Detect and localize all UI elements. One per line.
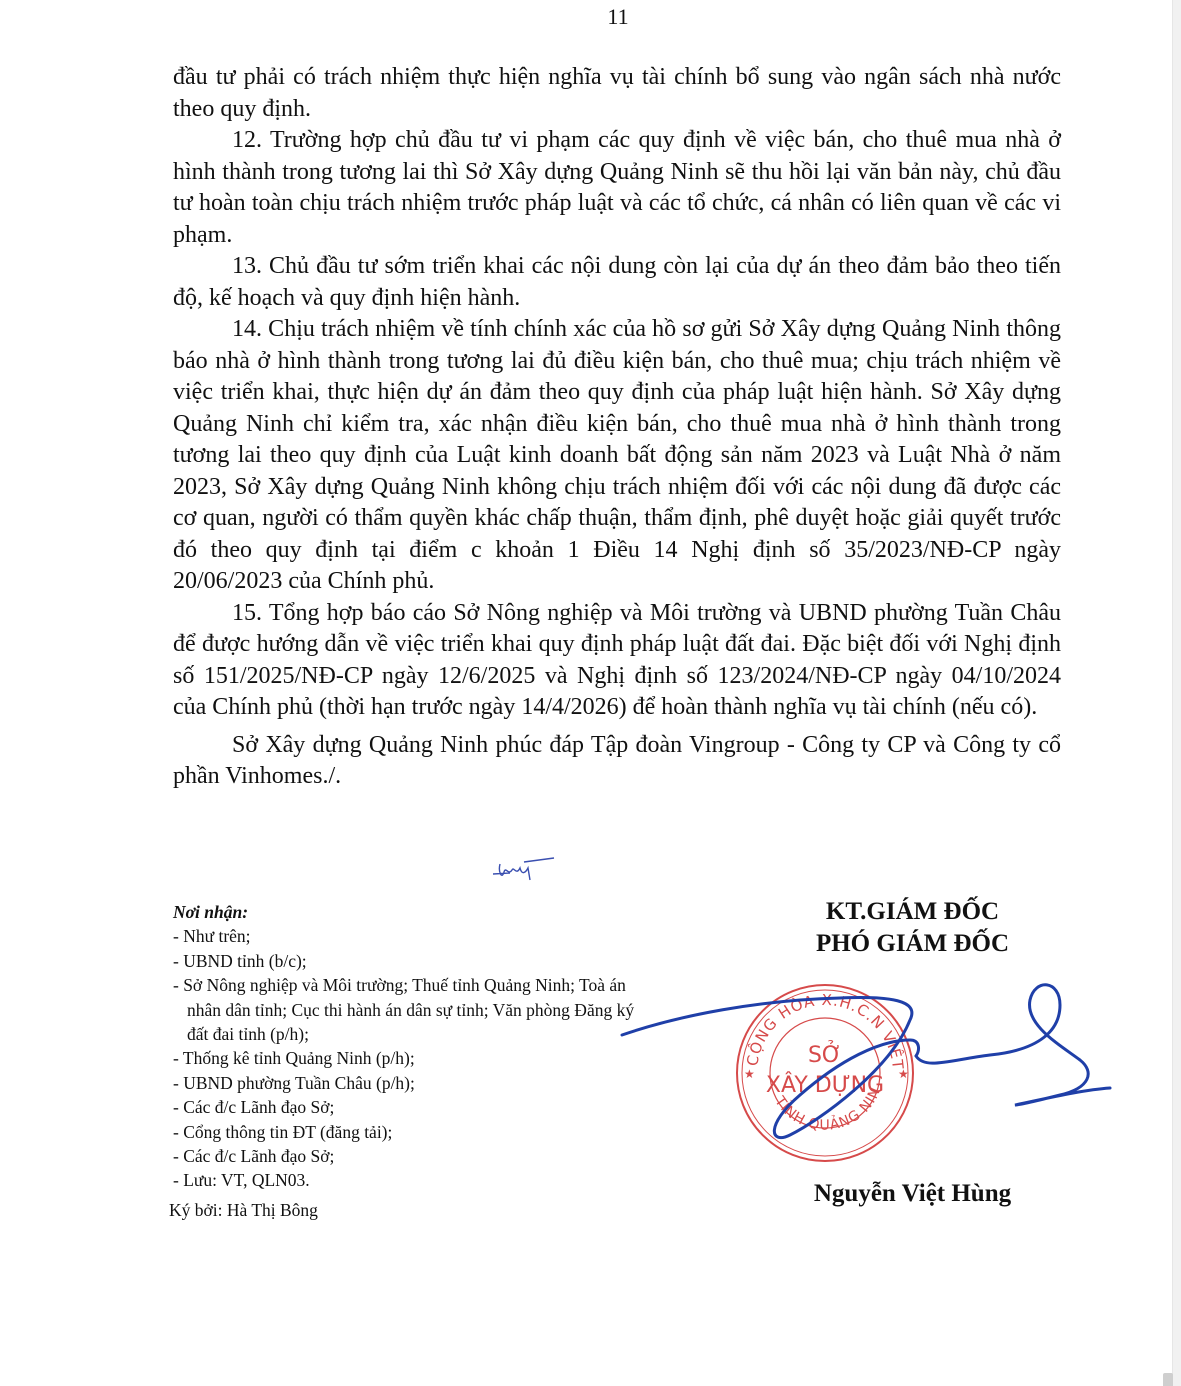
- page-number: 11: [0, 4, 1181, 30]
- paragraph-15: 15. Tổng hợp báo cáo Sở Nông nghiệp và M…: [173, 598, 1061, 724]
- official-stamp-and-signature-icon: CỘNG HÒA X.H.C.N VIỆT NAM TỈNH QUẢNG NIN…: [620, 960, 1120, 1180]
- signer-title-line1: KT.GIÁM ĐỐC: [745, 896, 1080, 928]
- paragraph-12: 12. Trường hợp chủ đầu tư vi phạm các qu…: [173, 125, 1061, 251]
- recipient-item: - Lưu: VT, QLN03.: [173, 1168, 653, 1192]
- closing-paragraph: Sở Xây dựng Quảng Ninh phúc đáp Tập đoàn…: [173, 730, 1061, 793]
- recipient-item: - Các đ/c Lãnh đạo Sở;: [173, 1095, 653, 1119]
- initials-paraph-icon: [488, 846, 558, 884]
- signer-title: KT.GIÁM ĐỐC PHÓ GIÁM ĐỐC: [745, 896, 1080, 960]
- svg-text:★: ★: [744, 1067, 755, 1081]
- signer-name: Nguyễn Việt Hùng: [745, 1180, 1080, 1208]
- recipient-item: - Sở Nông nghiệp và Môi trường; Thuế tỉn…: [173, 973, 653, 1046]
- recipient-item: - UBND phường Tuần Châu (p/h);: [173, 1071, 653, 1095]
- paragraph-14: 14. Chịu trách nhiệm về tính chính xác c…: [173, 314, 1061, 598]
- svg-text:★: ★: [898, 1067, 909, 1081]
- stamp-center-line1: SỞ: [808, 1040, 842, 1068]
- recipient-item: - Thống kê tỉnh Quảng Ninh (p/h);: [173, 1046, 653, 1070]
- scrollbar-thumb[interactable]: [1163, 1373, 1173, 1386]
- recipient-item: - Như trên;: [173, 924, 653, 948]
- recipient-item: - Các đ/c Lãnh đạo Sở;: [173, 1144, 653, 1168]
- recipients-block: Nơi nhận: - Như trên; - UBND tỉnh (b/c);…: [173, 900, 653, 1222]
- stamp-outer-text: CỘNG HÒA X.H.C.N VIỆT NAM: [620, 960, 907, 1071]
- recipient-item: - UBND tỉnh (b/c);: [173, 949, 653, 973]
- signed-by-note: Ký bởi: Hà Thị Bông: [169, 1198, 653, 1222]
- svg-text:CỘNG HÒA X.H.C.N VIỆT NAM: CỘNG HÒA X.H.C.N VIỆT NAM: [620, 960, 907, 1071]
- recipients-title: Nơi nhận:: [173, 900, 653, 924]
- viewer-edge-strip: [1172, 0, 1181, 1386]
- signer-title-line2: PHÓ GIÁM ĐỐC: [745, 928, 1080, 960]
- paragraph-continuation: đầu tư phải có trách nhiệm thực hiện ngh…: [173, 62, 1061, 125]
- recipient-item: - Cổng thông tin ĐT (đăng tải);: [173, 1120, 653, 1144]
- paragraph-13: 13. Chủ đầu tư sớm triển khai các nội du…: [173, 251, 1061, 314]
- document-body: đầu tư phải có trách nhiệm thực hiện ngh…: [173, 62, 1061, 793]
